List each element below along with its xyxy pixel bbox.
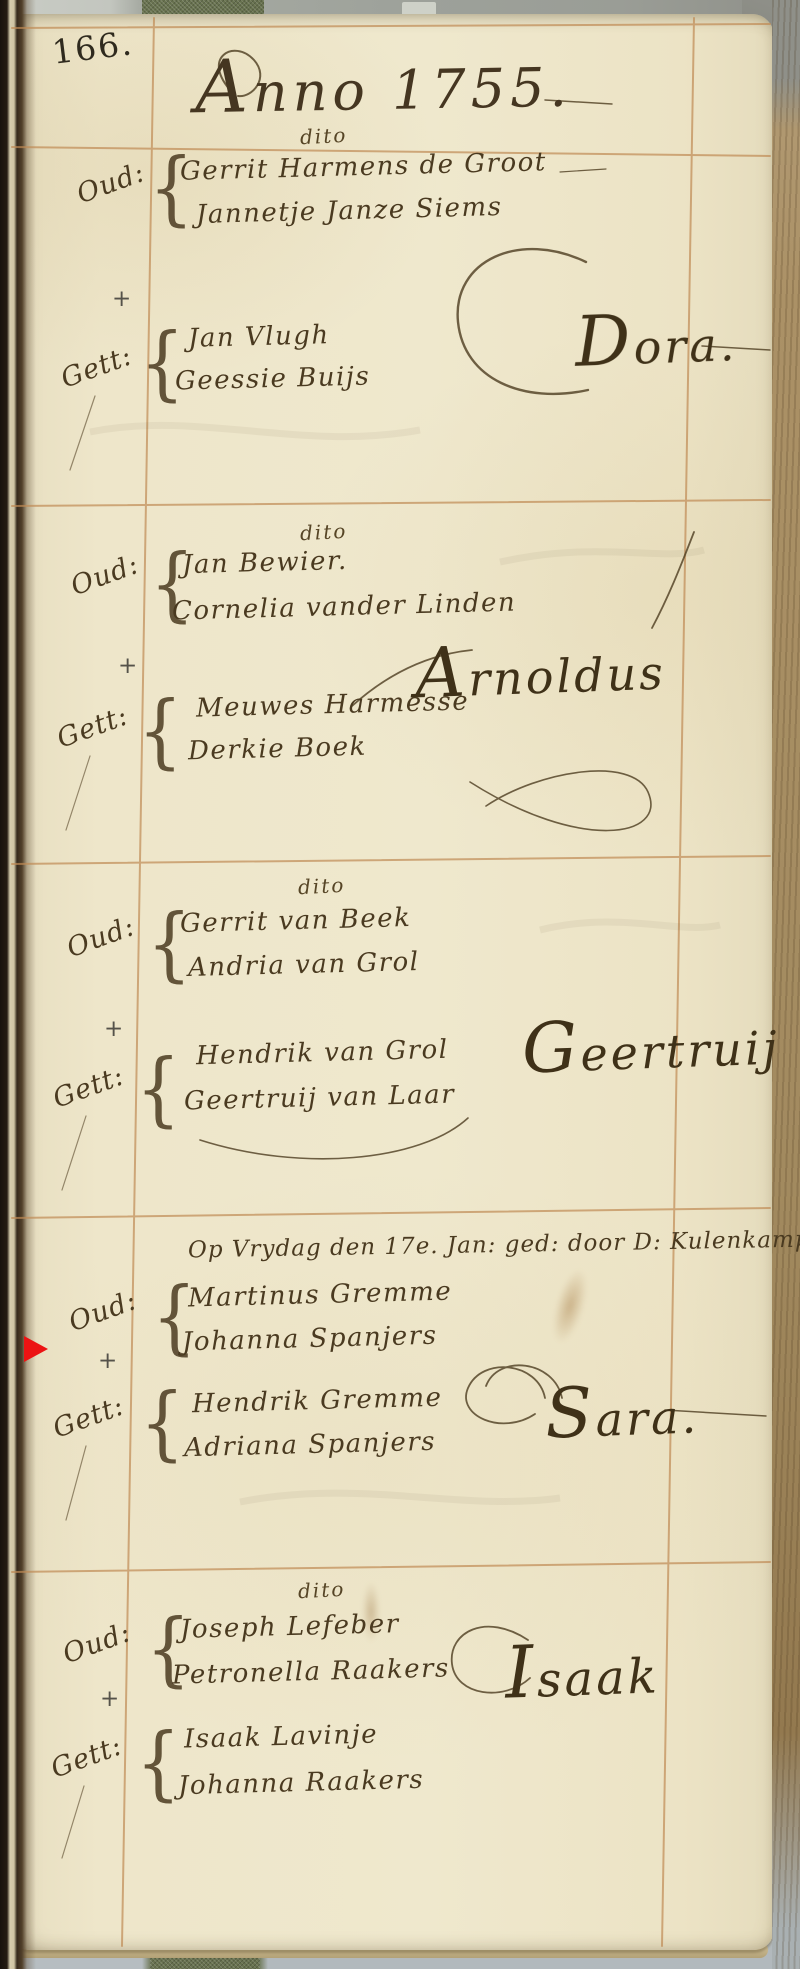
parent-name: Gerrit van Beek — [180, 903, 412, 939]
child-name: Arnoldus — [414, 626, 667, 715]
parent-name: Jan Bewier. — [182, 546, 348, 580]
witness-name: Jan Vlugh — [188, 320, 330, 354]
red-arrow-marker — [24, 1336, 48, 1362]
page-title-year: Anno 1755. — [194, 39, 572, 131]
witness-name: Derkie Boek — [188, 732, 368, 767]
record-date-dito: dito — [297, 1577, 345, 1603]
witness-name: Geessie Buijs — [175, 361, 371, 396]
child-name: Dora. — [574, 297, 739, 383]
brace: { — [149, 141, 194, 235]
cross-mark: + — [98, 1348, 117, 1374]
parent-name: Joseph Lefeber — [180, 1609, 400, 1645]
witness-name: Isaak Lavinje — [184, 1719, 379, 1754]
cross-mark: + — [100, 1686, 119, 1712]
brace: { — [140, 1376, 185, 1470]
record-date-dito: dito — [297, 873, 345, 899]
record-date-dito: dito — [299, 123, 347, 149]
brace: { — [136, 1042, 181, 1136]
parent-name: Andria van Grol — [188, 947, 420, 983]
brace: { — [138, 684, 183, 778]
cross-mark: + — [112, 286, 131, 312]
child-name: Geertruij — [521, 1001, 781, 1090]
brace: { — [136, 1716, 181, 1810]
scanned-baptism-register-page: 166. Anno 1755. dito Oud: { Gerrit Harme… — [0, 0, 800, 1969]
child-name: Sara. — [544, 1369, 700, 1454]
cross-mark: + — [118, 653, 137, 679]
cross-mark: + — [104, 1016, 123, 1042]
child-name: Isaak — [504, 1625, 661, 1714]
record-date-dito: dito — [299, 519, 347, 545]
